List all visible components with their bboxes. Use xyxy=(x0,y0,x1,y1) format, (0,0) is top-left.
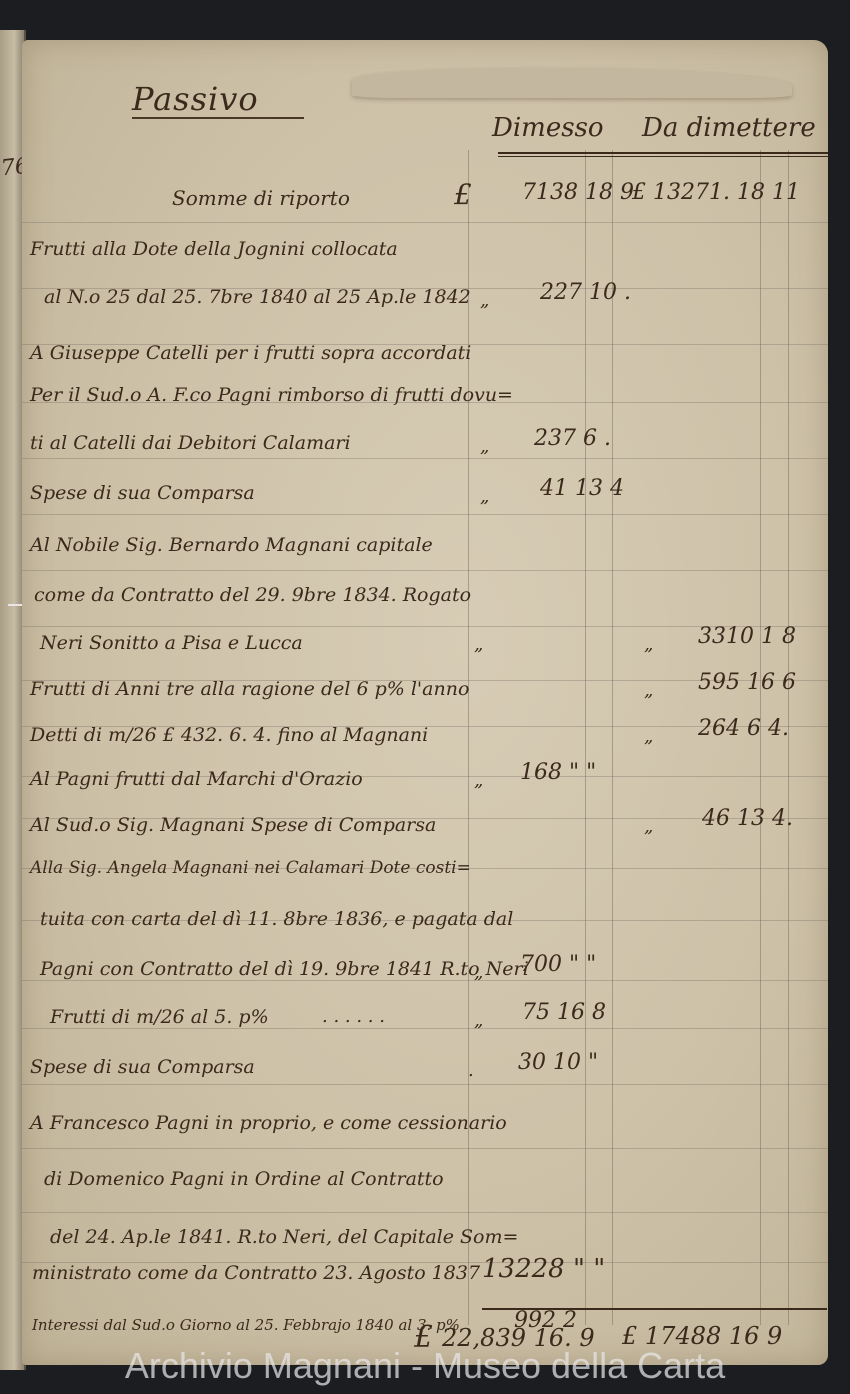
page-title: Passivo xyxy=(132,80,259,118)
entry-text: del 24. Ap.le 1841. R.to Neri, del Capit… xyxy=(50,1226,518,1248)
totals-rule xyxy=(482,1308,827,1310)
column-header-dimesso: Dimesso xyxy=(492,113,604,143)
ditto-mark: „ xyxy=(474,1010,483,1031)
ditto-mark: „ xyxy=(474,634,483,655)
entry-text: Neri Sonitto a Pisa e Lucca xyxy=(40,632,303,654)
entry-text: Pagni con Contratto del dì 19. 9bre 1841… xyxy=(40,958,529,980)
entry-text: A Giuseppe Catelli per i frutti sopra ac… xyxy=(30,342,471,364)
entry-text: Frutti alla Dote della Jognini collocata xyxy=(30,238,398,260)
entry-amount-col2: 46 13 4. xyxy=(702,806,793,831)
ditto-mark: . xyxy=(468,1060,474,1081)
ditto-mark: „ xyxy=(644,680,653,701)
entry-text: Al Sud.o Sig. Magnani Spese di Comparsa xyxy=(30,814,436,836)
ditto-mark: „ xyxy=(644,816,653,837)
entry-text: tuita con carta del dì 11. 8bre 1836, e … xyxy=(40,908,513,930)
entry-text: A Francesco Pagni in proprio, e come ces… xyxy=(30,1112,507,1134)
carried-forward-col1: 7138 18 9 xyxy=(522,180,634,205)
header-rule-thin xyxy=(498,156,828,157)
entry-text: Spese di sua Comparsa xyxy=(30,482,255,504)
archive-watermark: Archivio Magnani - Museo della Carta xyxy=(0,1345,850,1387)
entry-text: Frutti di m/26 al 5. p% xyxy=(50,1006,269,1028)
pound-symbol: £ xyxy=(454,178,472,211)
title-underline xyxy=(132,117,304,119)
entry-text: Alla Sig. Angela Magnani nei Calamari Do… xyxy=(30,858,471,878)
entry-text: Detti di m/26 £ 432. 6. 4. fino al Magna… xyxy=(30,724,428,746)
entry-text: Al Pagni frutti dal Marchi d'Orazio xyxy=(30,768,363,790)
ledger-page: Passivo Dimesso Da dimettere Somme di ri… xyxy=(22,40,828,1365)
column-header-da-dimettere: Da dimettere xyxy=(642,113,816,143)
entry-amount-col1: 41 13 4 xyxy=(540,476,624,501)
carried-forward-label: Somme di riporto xyxy=(172,186,350,210)
ditto-mark: „ xyxy=(474,770,483,791)
carried-forward-col2: £ 13271. 18 11 xyxy=(632,180,800,205)
entry-text: Al Nobile Sig. Bernardo Magnani capitale xyxy=(30,534,433,556)
entry-amount-col1: 75 16 8 xyxy=(522,1000,606,1025)
leader-dots: . . . . . . xyxy=(322,1006,385,1027)
entry-text: ti al Catelli dai Debitori Calamari xyxy=(30,432,351,454)
entry-amount-col2: 3310 1 8 xyxy=(698,624,796,649)
entry-text: di Domenico Pagni in Ordine al Contratto xyxy=(44,1168,444,1190)
entry-amount-col1: 700 " " xyxy=(520,952,596,977)
entry-text: come da Contratto del 29. 9bre 1834. Rog… xyxy=(34,584,471,606)
ditto-mark: „ xyxy=(644,634,653,655)
entry-text: Frutti di Anni tre alla ragione del 6 p%… xyxy=(30,678,469,700)
entry-amount-col1: 237 6 . xyxy=(534,426,611,451)
entry-text: Per il Sud.o A. F.co Pagni rimborso di f… xyxy=(30,384,513,406)
entry-text: ministrato come da Contratto 23. Agosto … xyxy=(32,1262,480,1284)
entry-amount-col2: 595 16 6 xyxy=(698,670,796,695)
ditto-mark: „ xyxy=(644,726,653,747)
entry-amount-col1: 13228 " " xyxy=(482,1254,605,1284)
header-rule xyxy=(498,152,828,154)
ditto-mark: „ xyxy=(480,290,489,311)
entry-text: al N.o 25 dal 25. 7bre 1840 al 25 Ap.le … xyxy=(44,286,471,308)
entry-amount-col1: 227 10 . xyxy=(540,280,631,305)
ditto-mark: „ xyxy=(480,486,489,507)
entry-text: Interessi dal Sud.o Giorno al 25. Febbra… xyxy=(32,1316,460,1334)
ditto-mark: „ xyxy=(480,436,489,457)
entry-amount-col1: 168 " " xyxy=(520,760,596,785)
entry-amount-col2: 264 6 4. xyxy=(698,716,789,741)
entry-amount-col1: 30 10 " xyxy=(518,1050,598,1075)
entry-text: Spese di sua Comparsa xyxy=(30,1056,255,1078)
ditto-mark: „ xyxy=(474,962,483,983)
torn-paper-edge xyxy=(352,68,792,98)
